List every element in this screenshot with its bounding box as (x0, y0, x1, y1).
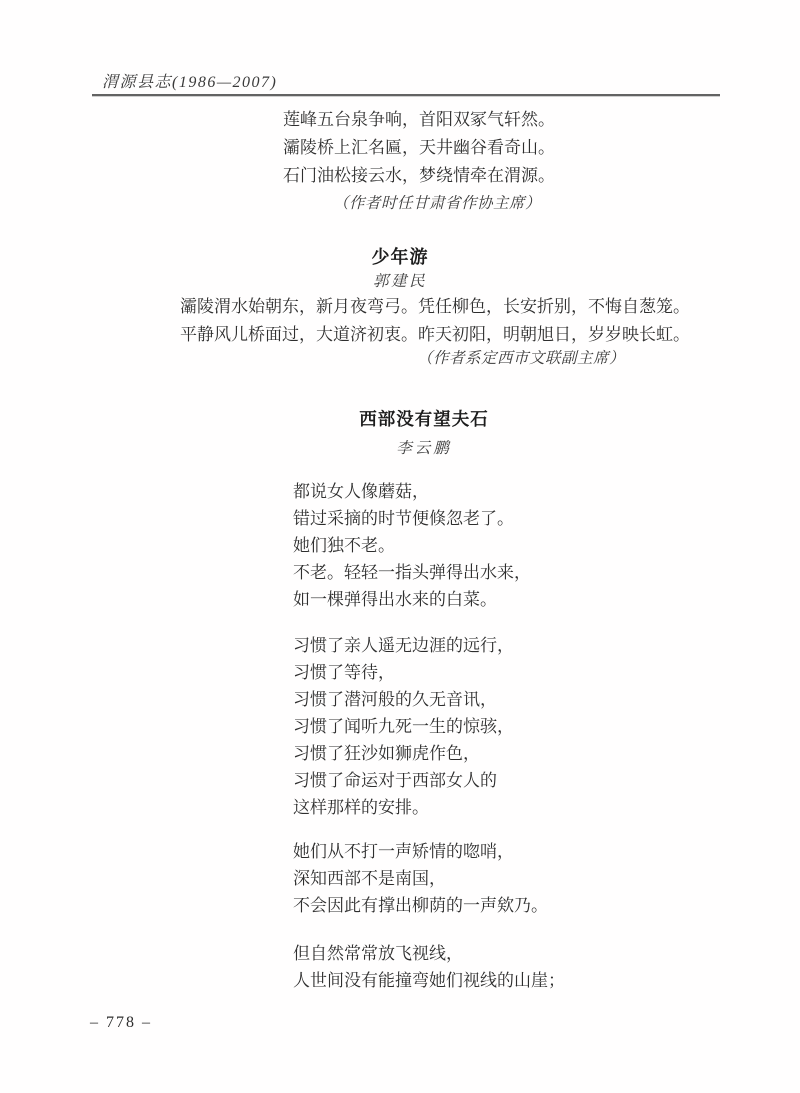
verse-line: 不会因此有撑出柳荫的一声欸乃。 (293, 892, 548, 919)
poem-author-liyunpeng: 李云鹏 (24, 436, 800, 458)
stanza-2: 习惯了亲人遥无边涯的远行， 习惯了等待， 习惯了潜河般的久无音讯， 习惯了闻听九… (293, 632, 514, 821)
book-page: 渭源县志(1986—2007) 莲峰五台泉争响，首阳双冢气轩然。 灞陵桥上汇名匾… (0, 0, 800, 1093)
poem-shaonianyou-body: 灞陵渭水始朝东，新月夜弯弓。凭任柳色，长安折别，不悔自葱笼。 平静风儿桥面过，大… (180, 293, 690, 348)
verse-line: 她们独不老。 (293, 532, 531, 559)
verse-line: 莲峰五台泉争响，首阳双冢气轩然。 (283, 106, 555, 134)
verse-line: 灞陵桥上汇名匾，天井幽谷看奇山。 (283, 134, 555, 162)
verse-line: 人世间没有能撞弯她们视线的山崖； (293, 967, 565, 994)
verse-line: 平静风儿桥面过，大道济初衷。昨天初阳，明朝旭日，岁岁映长虹。 (180, 321, 690, 349)
poem-title-xibu: 西部没有望夫石 (24, 406, 800, 431)
verse-line: 但自然常常放飞视线， (293, 940, 565, 967)
verse-line: 习惯了潜河般的久无音讯， (293, 686, 514, 713)
stanza-3: 她们从不打一声矫情的唿哨， 深知西部不是南国， 不会因此有撑出柳荫的一声欸乃。 (293, 838, 548, 919)
stanza-4: 但自然常常放飞视线， 人世间没有能撞弯她们视线的山崖； (293, 940, 565, 994)
poem-lianfeng: 莲峰五台泉争响，首阳双冢气轩然。 灞陵桥上汇名匾，天井幽谷看奇山。 石门油松接云… (283, 106, 555, 218)
verse-line: 深知西部不是南国， (293, 865, 548, 892)
running-header: 渭源县志(1986—2007) (102, 69, 277, 92)
verse-line: 习惯了闻听九死一生的惊骇， (293, 713, 514, 740)
verse-line: 如一棵弹得出水来的白菜。 (293, 586, 531, 613)
verse-line: 习惯了命运对于西部女人的 (293, 767, 514, 794)
verse-line: 错过采摘的时节便倏忽老了。 (293, 505, 531, 532)
stanza-1: 都说女人像蘑菇， 错过采摘的时节便倏忽老了。 她们独不老。 不老。轻轻一指头弹得… (293, 478, 531, 613)
author-note: （作者系定西市文联副主席） (180, 346, 625, 368)
poem-title-shaonianyou: 少年游 (0, 243, 800, 269)
author-note: （作者时任甘肃省作协主席） (333, 190, 555, 218)
verse-line: 她们从不打一声矫情的唿哨， (293, 838, 548, 865)
poem-author-guojianmin: 郭建民 (0, 269, 800, 291)
verse-line: 石门油松接云水，梦绕情牵在渭源。 (283, 162, 555, 190)
verse-line: 不老。轻轻一指头弹得出水来， (293, 559, 531, 586)
verse-line: 习惯了等待， (293, 659, 514, 686)
verse-line: 习惯了亲人遥无边涯的远行， (293, 632, 514, 659)
page-number: – 778 – (90, 1014, 152, 1032)
verse-line: 都说女人像蘑菇， (293, 478, 531, 505)
verse-line: 习惯了狂沙如狮虎作色， (293, 740, 514, 767)
verse-line: 灞陵渭水始朝东，新月夜弯弓。凭任柳色，长安折别，不悔自葱笼。 (180, 293, 690, 321)
verse-line: 这样那样的安排。 (293, 794, 514, 821)
header-rule (92, 94, 720, 96)
